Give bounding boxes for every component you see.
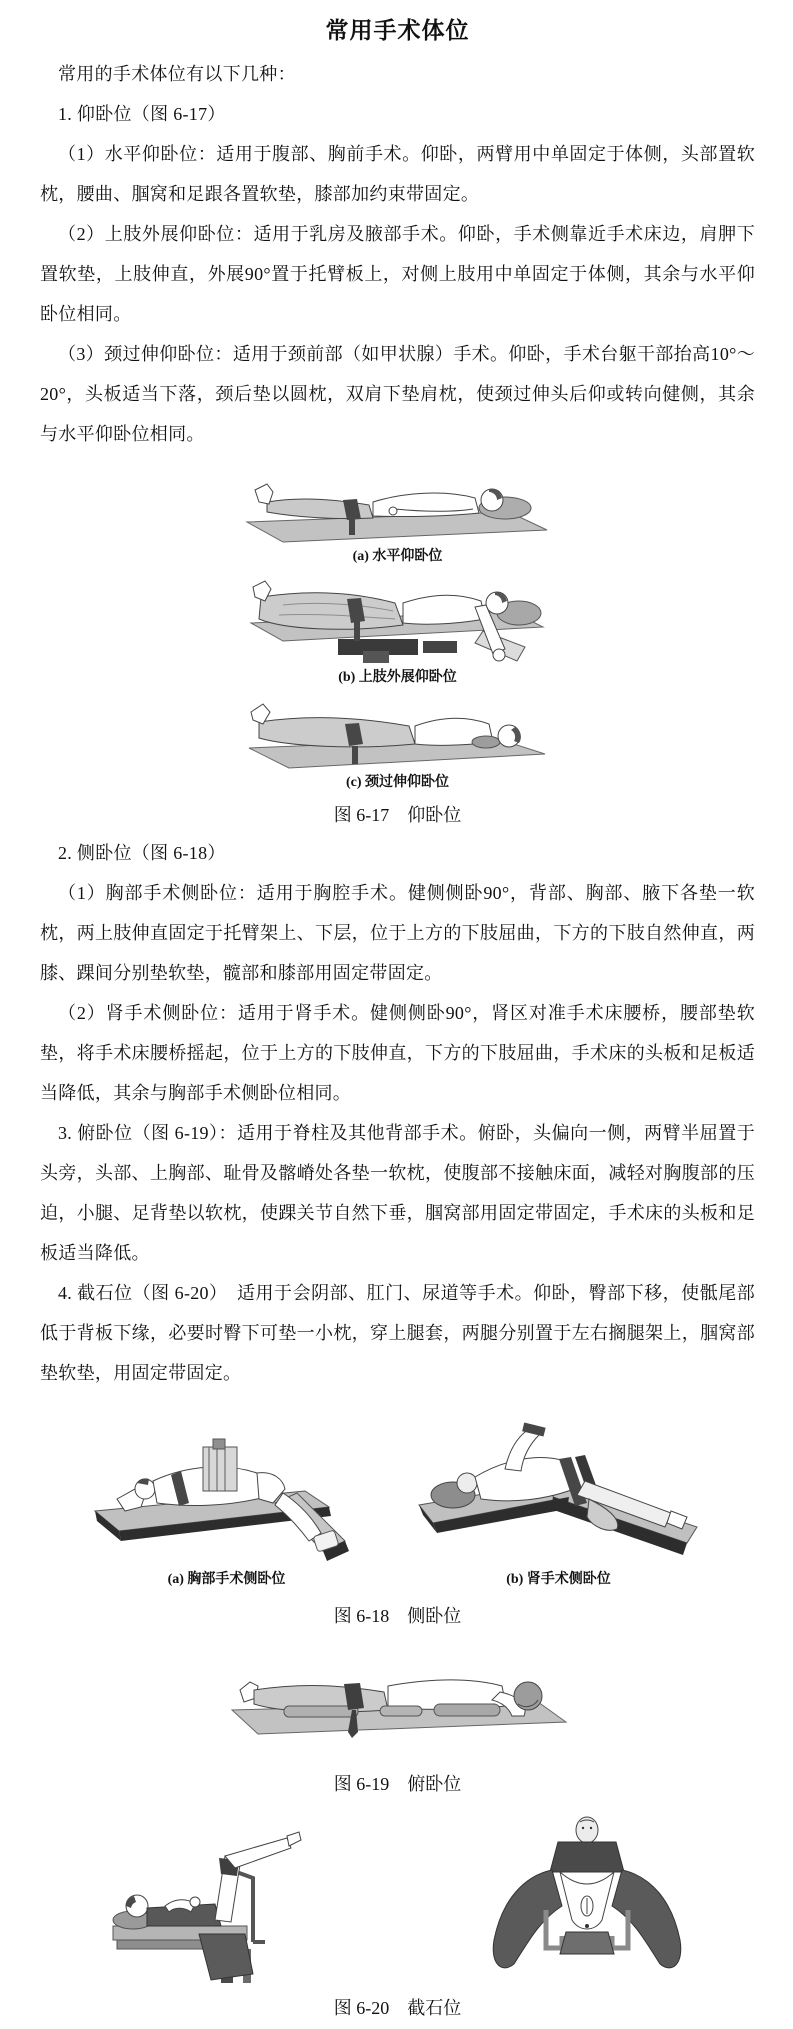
figure-6-19-caption: 图 6-19 俯卧位 [40,1770,755,1798]
figure-6-17: (a) 水平仰卧位 (b) 上肢外展仰卧位 [40,462,755,829]
page-title: 常用手术体位 [40,14,755,48]
lateral-chest-illustration [87,1419,367,1569]
paragraph-lateral-kidney: （2）肾手术侧卧位：适用于肾手术。健侧侧卧90°，肾区对准手术床腰桥，腰部垫软垫… [40,993,755,1113]
section-1-heading: 1. 仰卧位（图 6-17） [40,94,755,134]
subcaption-6-17b: (b) 上肢外展仰卧位 [40,668,755,688]
subcaption-6-17c: (c) 颈过伸仰卧位 [40,773,755,793]
document-page: 常用手术体位 常用的手术体位有以下几种： 1. 仰卧位（图 6-17） （1）水… [0,0,793,2029]
intro-paragraph: 常用的手术体位有以下几种： [40,54,755,94]
subcaption-6-18a: (a) 胸部手术侧卧位 [87,1570,367,1590]
supine-arm-abducted-illustration [243,571,553,667]
lateral-kidney-illustration [409,1419,709,1569]
paragraph-supine-neck-extended: （3）颈过伸仰卧位：适用于颈前部（如甲状腺）手术。仰卧，手术台躯干部抬高10°～… [40,334,755,454]
section-2-heading: 2. 侧卧位（图 6-18） [40,833,755,873]
lithotomy-front-illustration [482,1814,692,1986]
paragraph-supine-arm-abducted: （2）上肢外展仰卧位：适用于乳房及腋部手术。仰卧，手术侧靠近手术床边，肩胛下置软… [40,214,755,334]
subcaption-6-18b: (b) 肾手术侧卧位 [409,1570,709,1590]
figure-6-20: 图 6-20 截石位 [40,1814,755,2022]
supine-neck-extended-illustration [243,692,553,772]
subcaption-6-17a: (a) 水平仰卧位 [40,547,755,567]
figure-6-18-caption: 图 6-18 侧卧位 [40,1602,755,1630]
supine-horizontal-illustration [243,462,553,546]
figure-6-19: 图 6-19 俯卧位 [40,1644,755,1798]
paragraph-lateral-chest: （1）胸部手术侧卧位：适用于胸腔手术。健侧侧卧90°，背部、胸部、腋下各垫一软枕… [40,873,755,993]
prone-position-illustration [228,1644,568,1762]
paragraph-prone-position: 3. 俯卧位（图 6-19）：适用于脊柱及其他背部手术。俯卧，头偏向一侧，两臂半… [40,1113,755,1273]
paragraph-supine-horizontal: （1）水平仰卧位：适用于腹部、胸前手术。仰卧，两臂用中单固定于体侧，头部置软枕，… [40,134,755,214]
figure-6-18: (a) 胸部手术侧卧位 [40,1419,755,1630]
paragraph-lithotomy-position: 4. 截石位（图 6-20） 适用于会阴部、肛门、尿道等手术。仰卧，臀部下移，使… [40,1273,755,1393]
figure-6-20-caption: 图 6-20 截石位 [40,1994,755,2022]
lithotomy-side-illustration [103,1814,313,1986]
figure-6-17-caption: 图 6-17 仰卧位 [40,801,755,829]
